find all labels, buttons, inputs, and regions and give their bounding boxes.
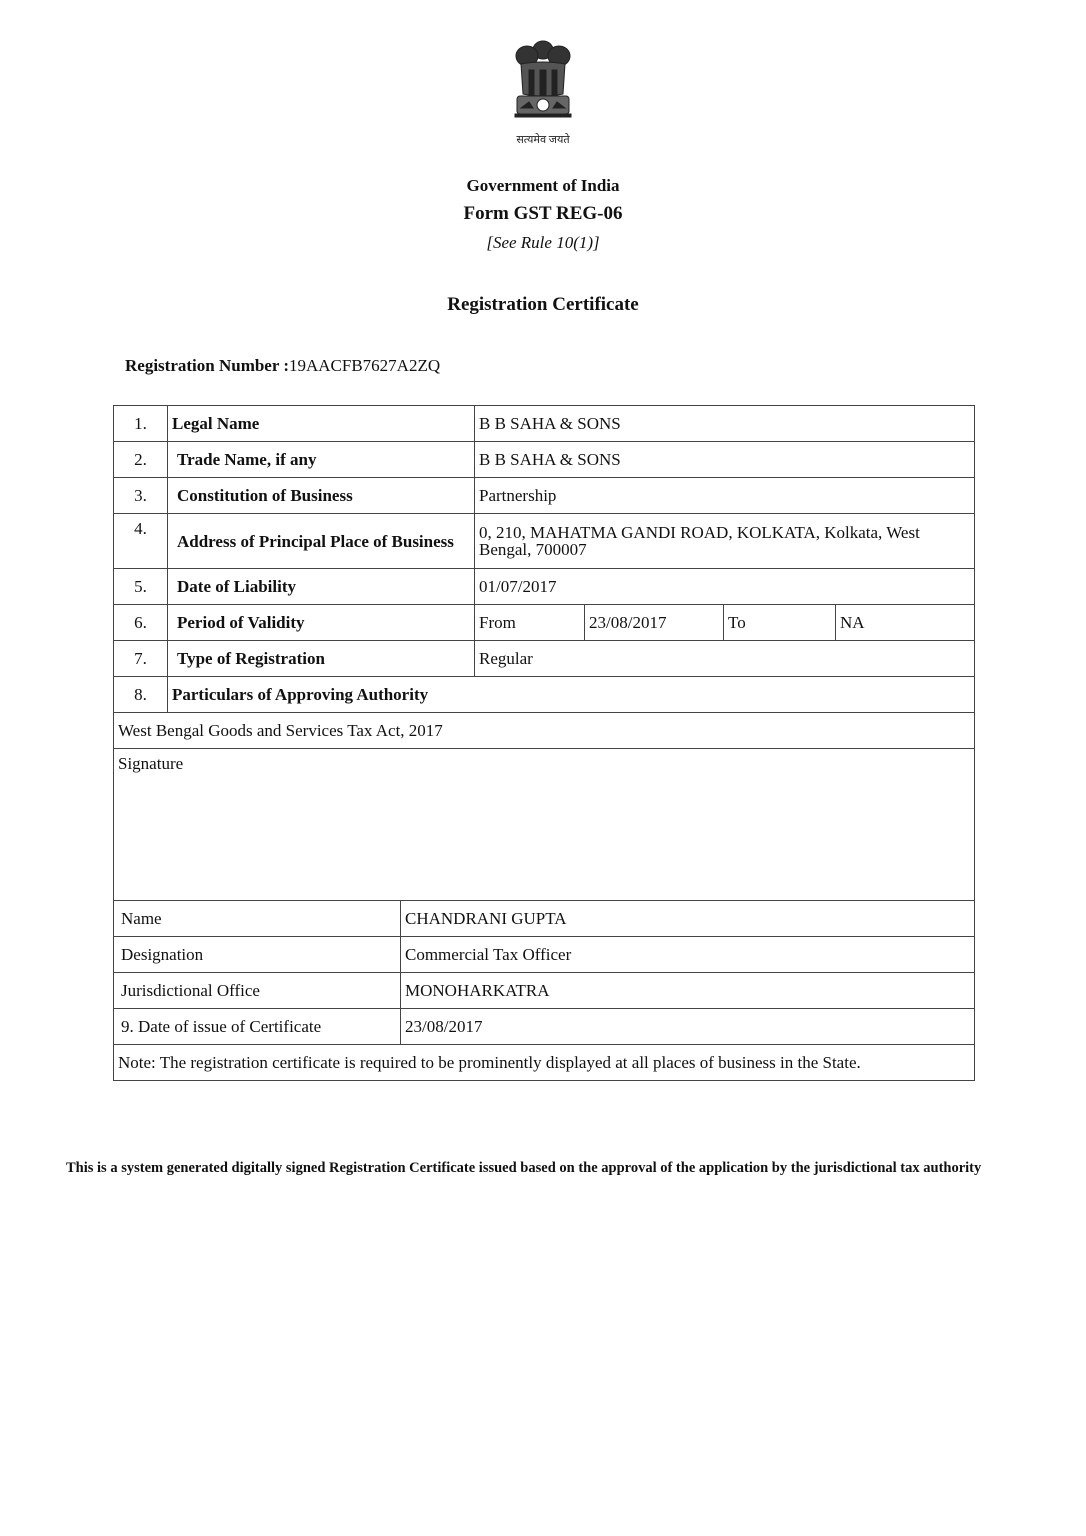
validity-to-value: NA: [836, 605, 975, 641]
act-name: West Bengal Goods and Services Tax Act, …: [114, 713, 975, 749]
government-heading: Government of India: [0, 176, 1086, 196]
jurisdictional-office-value: MONOHARKATRA: [401, 973, 975, 1009]
date-of-liability-value: 01/07/2017: [475, 569, 975, 605]
page-title: Registration Certificate: [0, 294, 1086, 316]
emblem-motto: सत्यमेव जयते: [0, 132, 1086, 147]
officer-name-value: CHANDRANI GUPTA: [401, 901, 975, 937]
table-row-period-of-validity: 6. Period of Validity From 23/08/2017 To…: [114, 605, 975, 641]
table-row-designation: Designation Commercial Tax Officer: [114, 937, 975, 973]
table-row-act: West Bengal Goods and Services Tax Act, …: [114, 713, 975, 749]
constitution-value: Partnership: [475, 478, 975, 514]
table-row-note: Note: The registration certificate is re…: [114, 1045, 975, 1081]
table-row-address: 4. Address of Principal Place of Busines…: [114, 514, 975, 569]
type-of-registration-value: Regular: [475, 641, 975, 677]
registration-number: Registration Number :19AACFB7627A2ZQ: [125, 356, 440, 376]
rule-reference: [See Rule 10(1)]: [0, 233, 1086, 253]
national-emblem-icon: [503, 32, 583, 132]
form-name: Form GST REG-06: [0, 203, 1086, 225]
trade-name-value: B B SAHA & SONS: [475, 442, 975, 478]
legal-name-value: B B SAHA & SONS: [475, 406, 975, 442]
table-row-signature: Signature: [114, 749, 975, 901]
table-row-type-of-registration: 7. Type of Registration Regular: [114, 641, 975, 677]
table-row-jurisdictional-office: Jurisdictional Office MONOHARKATRA: [114, 973, 975, 1009]
certificate-table: 1. Legal Name B B SAHA & SONS 2. Trade N…: [113, 405, 975, 1081]
registration-number-label: Registration Number :: [125, 356, 289, 375]
system-generated-footer: This is a system generated digitally sig…: [66, 1155, 1026, 1181]
table-row-officer-name: Name CHANDRANI GUPTA: [114, 901, 975, 937]
table-row-constitution: 3. Constitution of Business Partnership: [114, 478, 975, 514]
date-of-issue-value: 23/08/2017: [401, 1009, 975, 1045]
signature-box: Signature: [114, 749, 975, 901]
table-row-approving-authority: 8. Particulars of Approving Authority: [114, 677, 975, 713]
display-note: Note: The registration certificate is re…: [114, 1045, 975, 1081]
designation-value: Commercial Tax Officer: [401, 937, 975, 973]
registration-number-value: 19AACFB7627A2ZQ: [289, 356, 440, 375]
validity-from-value: 23/08/2017: [585, 605, 724, 641]
table-row-date-of-issue: 9. Date of issue of Certificate 23/08/20…: [114, 1009, 975, 1045]
table-row-legal-name: 1. Legal Name B B SAHA & SONS: [114, 406, 975, 442]
table-row-date-of-liability: 5. Date of Liability 01/07/2017: [114, 569, 975, 605]
address-value: 0, 210, MAHATMA GANDI ROAD, KOLKATA, Kol…: [475, 514, 975, 569]
table-row-trade-name: 2. Trade Name, if any B B SAHA & SONS: [114, 442, 975, 478]
